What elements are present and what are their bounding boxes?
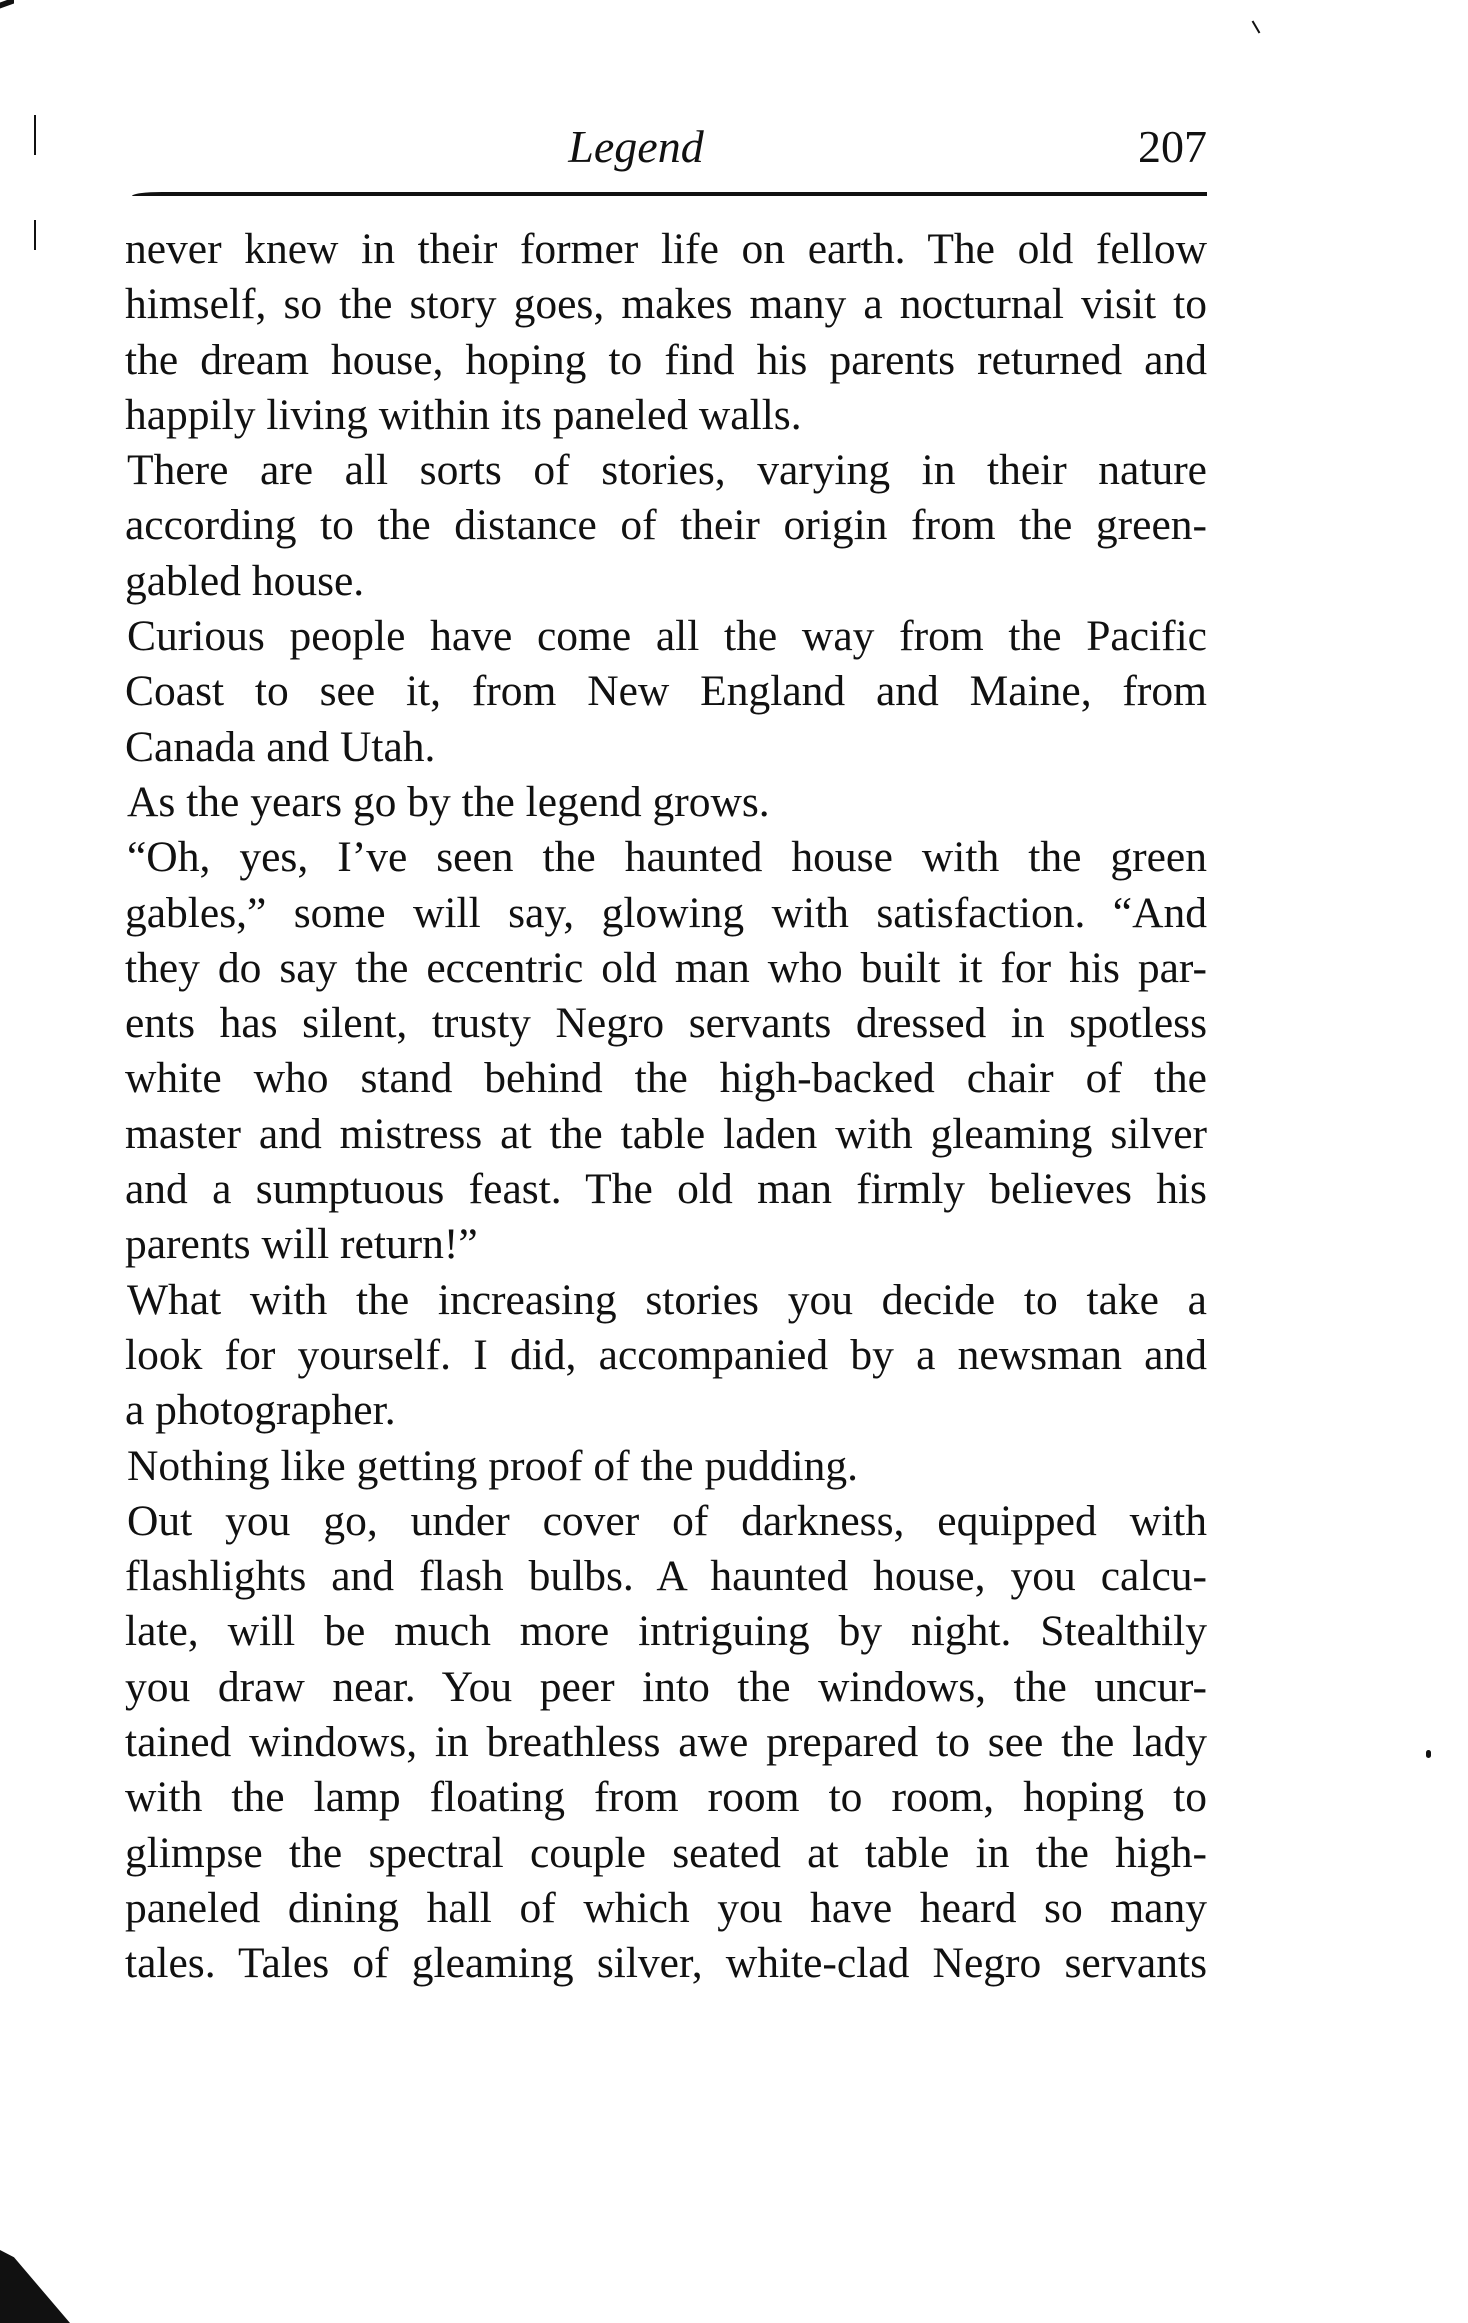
text-line: look for yourself. I did, accompanied by… <box>125 1328 1207 1383</box>
paragraph-start: There are all sorts of stories, varying … <box>125 443 1207 498</box>
text-line: tained windows, in breathless awe prepar… <box>125 1715 1207 1770</box>
text-line: glimpse the spectral couple seated at ta… <box>125 1826 1207 1881</box>
text-line: with the lamp floating from room to room… <box>125 1770 1207 1825</box>
paragraph-start: Nothing like getting proof of the puddin… <box>125 1439 1207 1494</box>
text-line: happily living within its paneled walls. <box>125 388 1207 443</box>
text-line: and a sumptuous feast. The old man firml… <box>125 1162 1207 1217</box>
text-line: tales. Tales of gleaming silver, white-c… <box>125 1936 1207 1991</box>
text-line: gables,” some will say, glowing with sat… <box>125 886 1207 941</box>
scan-artifact <box>0 2250 70 2323</box>
scan-artifact <box>34 115 36 155</box>
text-line: paneled dining hall of which you have he… <box>125 1881 1207 1936</box>
text-line: Coast to see it, from New England and Ma… <box>125 664 1207 719</box>
text-line: ents has silent, trusty Negro servants d… <box>125 996 1207 1051</box>
text-line: the dream house, hoping to find his pare… <box>125 333 1207 388</box>
paragraph-start: What with the increasing stories you dec… <box>125 1273 1207 1328</box>
page-body: never knew in their former life on earth… <box>125 222 1207 1992</box>
page-number: 207 <box>1138 112 1207 182</box>
paragraph-start: Curious people have come all the way fro… <box>125 609 1207 664</box>
running-title: Legend <box>125 112 1207 182</box>
scan-artifact <box>34 220 36 250</box>
text-line: never knew in their former life on earth… <box>125 222 1207 277</box>
text-line: parents will return!” <box>125 1217 1207 1272</box>
scan-artifact <box>0 0 14 9</box>
text-line: himself, so the story goes, makes many a… <box>125 277 1207 332</box>
scan-artifact <box>1426 1750 1431 1758</box>
text-line: according to the distance of their origi… <box>125 498 1207 553</box>
paragraph-start: Out you go, under cover of darkness, equ… <box>125 1494 1207 1549</box>
paragraph-start: As the years go by the legend grows. <box>125 775 1207 830</box>
page-header: Legend 207 <box>125 112 1207 182</box>
text-line: a photographer. <box>125 1383 1207 1438</box>
text-line: gabled house. <box>125 554 1207 609</box>
paragraph-start: “Oh, yes, I’ve seen the haunted house wi… <box>125 830 1207 885</box>
text-line: master and mistress at the table laden w… <box>125 1107 1207 1162</box>
text-line: late, will be much more intriguing by ni… <box>125 1604 1207 1659</box>
header-rule <box>132 192 1207 196</box>
text-line: flashlights and flash bulbs. A haunted h… <box>125 1549 1207 1604</box>
text-line: you draw near. You peer into the windows… <box>125 1660 1207 1715</box>
text-line: white who stand behind the high-backed c… <box>125 1051 1207 1106</box>
text-line: Canada and Utah. <box>125 720 1207 775</box>
scan-artifact <box>1252 20 1261 33</box>
text-line: they do say the eccentric old man who bu… <box>125 941 1207 996</box>
